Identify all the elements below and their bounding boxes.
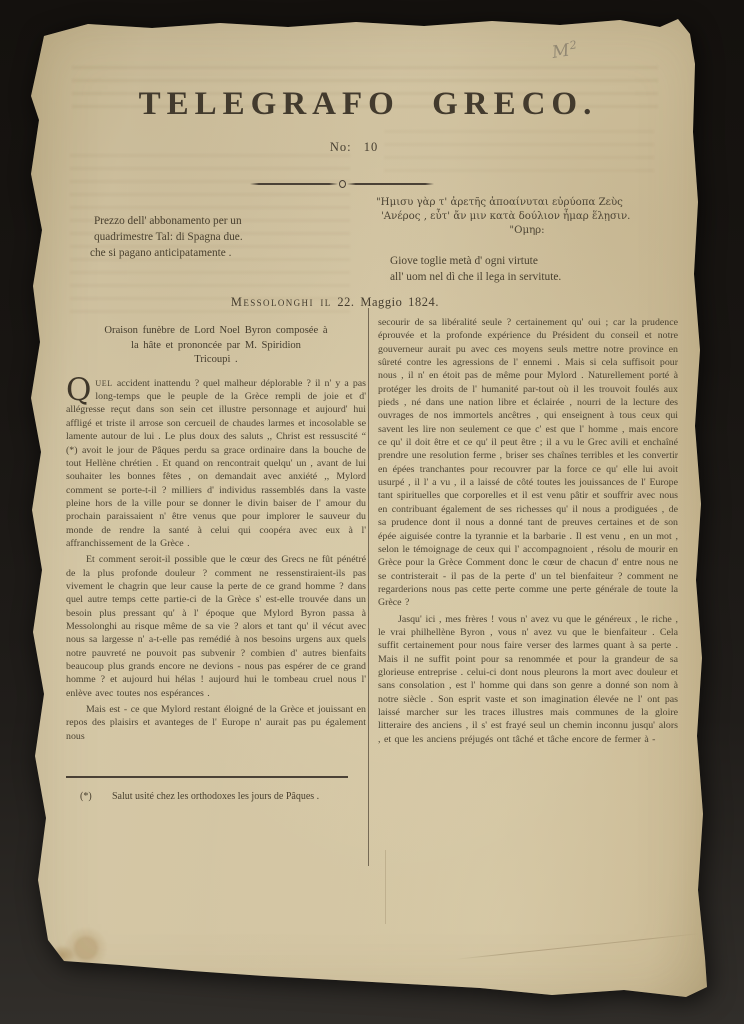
ornament-divider <box>250 180 434 188</box>
article-heading: Oraison funèbre de Lord Noel Byron compo… <box>66 324 366 368</box>
body-paragraph: secourir de sa libéralité seule ? certai… <box>378 316 678 610</box>
issue-number: No: 10 <box>24 140 684 155</box>
newspaper-page: M2 TELEGRAFO GRECO. No: 10 Prezzo dell' … <box>24 12 712 1008</box>
pencil-superscript: 2 <box>569 38 579 52</box>
paper-crease-diagonal <box>455 933 700 960</box>
body-paragraph: Jasqu' ici , mes frères ! vous n' avez v… <box>378 613 678 746</box>
greek-attribution: "Ομηρ: <box>376 224 678 238</box>
pencil-annotation: M2 <box>551 38 580 63</box>
ornament-line-right <box>347 183 435 185</box>
italian-line: all' uom nel dì che il lega in servitute… <box>390 269 680 285</box>
notice-line: Prezzo dell' abbonamento per un <box>94 214 324 230</box>
body-paragraph: QUEL accident inattendu ? quel malheur d… <box>66 377 366 550</box>
heading-line: la hâte et prononcée par M. Spiridion <box>66 339 366 354</box>
heading-line: Tricoupi . <box>66 353 366 368</box>
ink-stain <box>50 946 74 965</box>
newspaper-page-wrap: M2 TELEGRAFO GRECO. No: 10 Prezzo dell' … <box>24 12 712 1008</box>
dateline-date: 22. Maggio 1824. <box>337 295 439 309</box>
italian-line: Giove toglie metà d' ogni virtute <box>390 253 680 269</box>
right-column: secourir de sa libéralité seule ? certai… <box>378 316 678 749</box>
italian-epigraph: Giove toglie metà d' ogni virtute all' u… <box>390 253 680 285</box>
paragraph-text: accident inattendu ? quel malheur déplor… <box>66 378 366 549</box>
greek-epigraph: "Ημισυ γὰρ τ' ἀρετῆς ἀποαίνυται εὐρύοπα … <box>376 196 678 237</box>
left-column: Oraison funèbre de Lord Noel Byron compo… <box>66 324 366 746</box>
greek-line: "Ημισυ γὰρ τ' ἀρετῆς ἀποαίνυται εὐρύοπα … <box>376 196 678 210</box>
greek-line: 'Ανέρος , εὖτ' ἄν μιν κατὰ δούλιον ἦμαρ … <box>376 210 678 224</box>
notice-line: quadrimestre Tal: di Spagna due. <box>94 230 324 246</box>
ornament-ring-icon <box>339 180 346 188</box>
footnote-text: Salut usité chez les orthodoxes les jour… <box>112 790 344 804</box>
heading-line: Oraison funèbre de Lord Noel Byron compo… <box>66 324 366 339</box>
subscription-notice: Prezzo dell' abbonamento per un quadrime… <box>94 214 324 261</box>
ornament-line-left <box>250 183 338 185</box>
notice-line: che si pagano anticipatamente . <box>90 246 324 262</box>
footnote-marker: (*) <box>66 790 112 804</box>
footnote-block: (*) Salut usité chez les orthodoxes les … <box>66 776 366 803</box>
body-paragraph: Et comment seroit-il possible que le cœu… <box>66 553 366 700</box>
dateline-place: Messolonghi il <box>231 295 332 309</box>
column-divider-rule <box>368 308 369 866</box>
drop-cap: Q <box>66 377 95 403</box>
footnote-row: (*) Salut usité chez les orthodoxes les … <box>66 790 366 804</box>
masthead-title: TELEGRAFO GRECO. <box>24 86 712 123</box>
lead-word: UEL <box>95 379 112 388</box>
verso-showthrough-right <box>384 130 654 182</box>
body-paragraph: Mais est - ce que Mylord restant éloigné… <box>66 703 366 743</box>
paper-crease-vertical <box>385 850 386 924</box>
scan-background: { "colors":{"paper":"#d3c5a3","ink":"#4a… <box>0 0 744 1024</box>
footnote-rule <box>66 776 348 778</box>
dateline: Messolonghi il 22. Maggio 1824. <box>24 295 646 310</box>
